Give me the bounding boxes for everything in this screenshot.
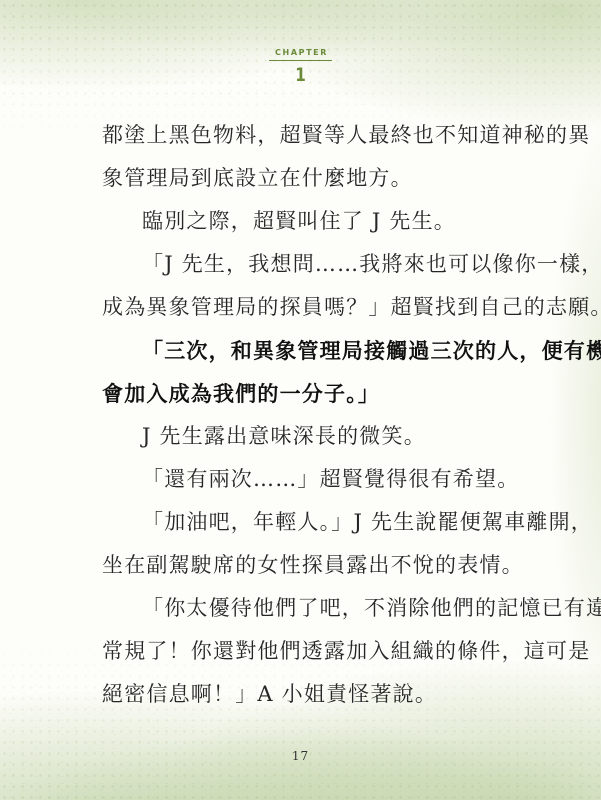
text-line: 都塗上黑色物料，超賢等人最終也不知道神秘的異	[102, 114, 522, 157]
text-line: 象管理局到底設立在什麼地方。	[102, 157, 522, 200]
text-line: 「還有兩次……」超賢覺得很有希望。	[102, 458, 522, 501]
page-number: 17	[0, 749, 601, 763]
text-line: 臨別之際，超賢叫住了 J 先生。	[102, 200, 522, 243]
body-text: 都塗上黑色物料，超賢等人最終也不知道神秘的異 象管理局到底設立在什麼地方。 臨別…	[102, 114, 522, 716]
text-line: 成為異象管理局的探員嗎？」超賢找到自己的志願。	[102, 286, 522, 329]
chapter-number: 1	[60, 64, 541, 86]
text-line: 「加油吧，年輕人。」J 先生說罷便駕車離開，	[102, 501, 522, 544]
text-line-emphasis: 「三次，和異象管理局接觸過三次的人，便有機	[102, 329, 522, 372]
text-line: 坐在副駕駛席的女性探員露出不悅的表情。	[102, 544, 522, 587]
text-line-emphasis: 會加入成為我們的一分子。」	[102, 372, 522, 415]
text-line: J 先生露出意味深長的微笑。	[102, 415, 522, 458]
text-line: 「J 先生，我想問……我將來也可以像你一樣，	[102, 243, 522, 286]
text-line: 絕密信息啊！」A 小姐責怪著說。	[102, 673, 522, 716]
text-line: 常規了！你還對他們透露加入組織的條件，這可是	[102, 630, 522, 673]
text-line: 「你太優待他們了吧，不消除他們的記憶已有違	[102, 587, 522, 630]
chapter-label: CHAPTER	[269, 48, 332, 61]
chapter-header: CHAPTER 1	[0, 40, 601, 86]
